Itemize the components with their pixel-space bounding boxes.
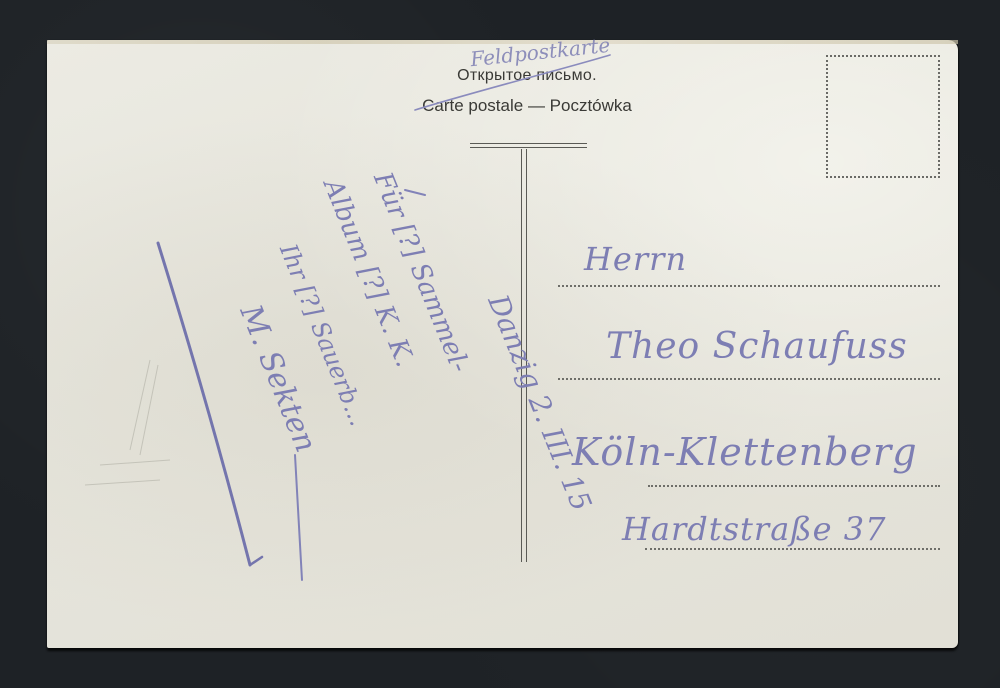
ink-strokes (0, 0, 1000, 688)
